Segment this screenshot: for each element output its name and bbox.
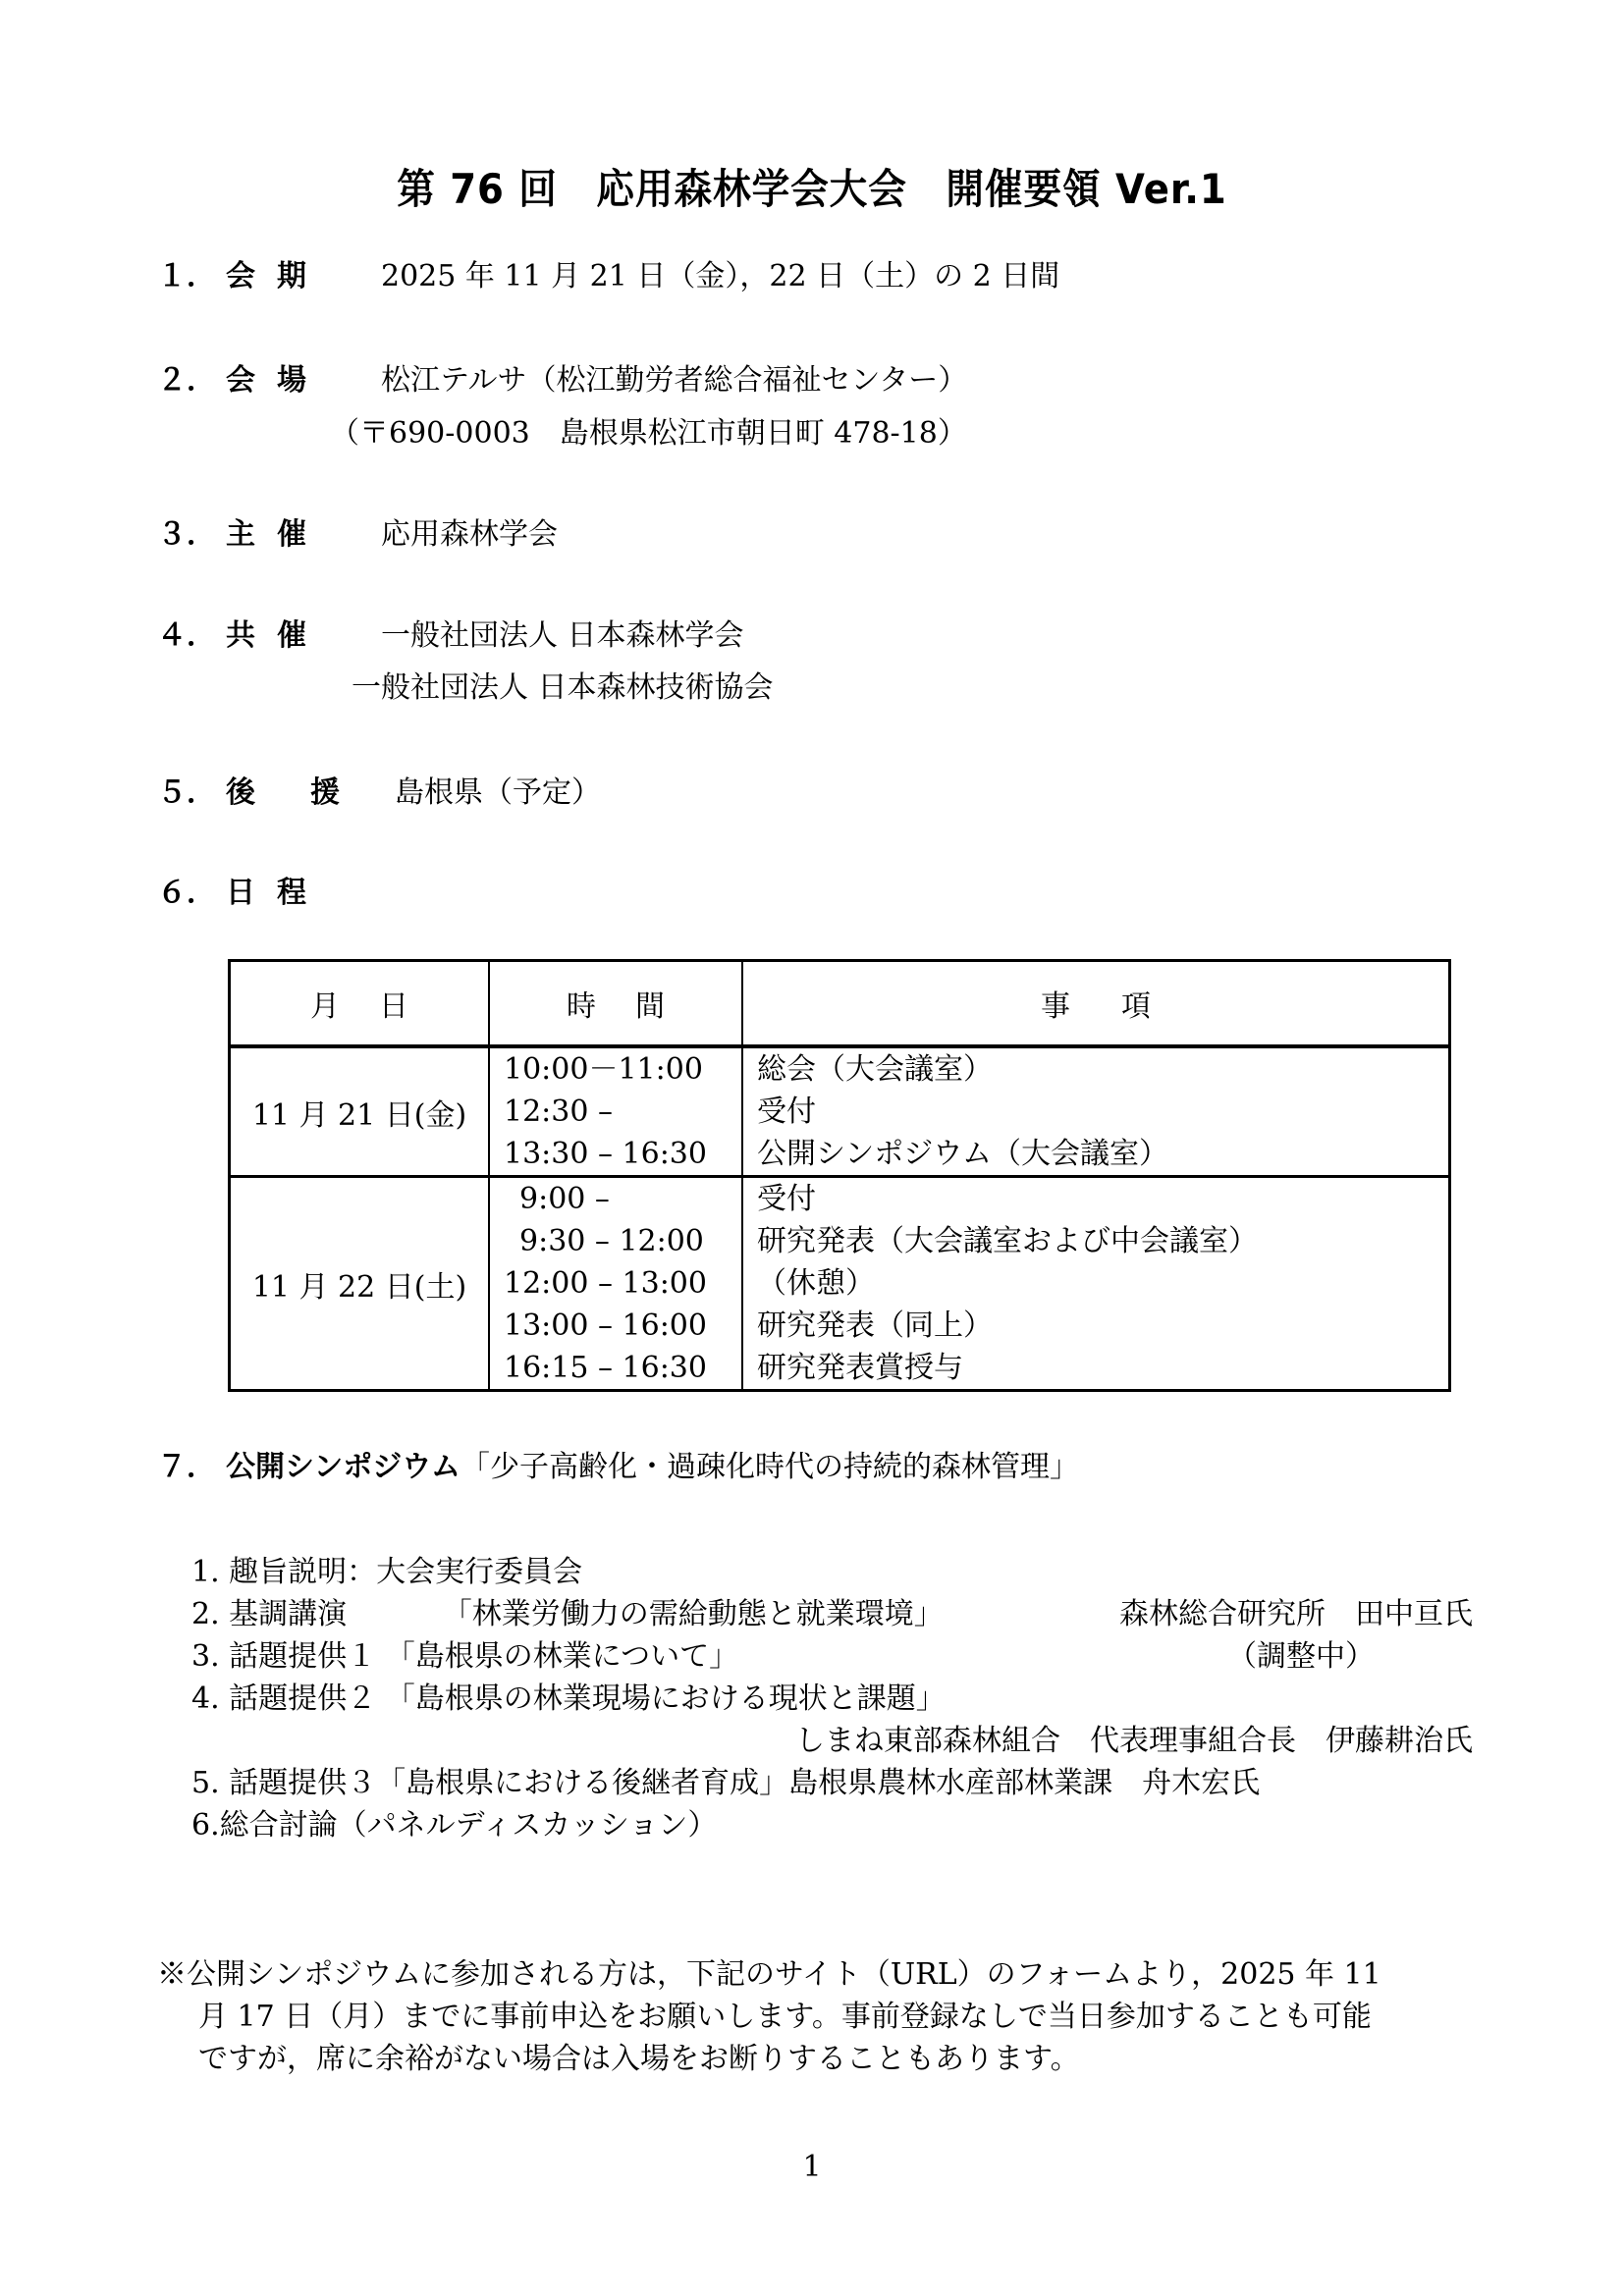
section-number: ２． <box>157 361 226 400</box>
note-line: ※公開シンポジウムに参加される方は，下記のサイト（URL）のフォームより，202… <box>157 1953 1488 1996</box>
item-number: 1. <box>191 1551 220 1593</box>
section-organizer: ３．主催応用森林学会 <box>157 515 558 555</box>
program-item: 5. 話題提供３「島根県における後継者育成」島根県農林水産部林業課 舟木宏氏 <box>191 1762 1473 1804</box>
program-item: 2. 基調講演 「林業労働力の需給動態と就業環境」 森林総合研究所 田中亘氏 <box>191 1593 1473 1635</box>
registration-note: ※公開シンポジウムに参加される方は，下記のサイト（URL）のフォームより，202… <box>157 1953 1488 2080</box>
item-number: 4. <box>191 1678 220 1720</box>
page-number: 1 <box>0 2150 1624 2184</box>
section-label: 会期 <box>226 257 352 296</box>
time-cell: 10:00－11:00 12:30 – 13:30 – 16:30 <box>489 1046 742 1177</box>
header-time: 時間 <box>489 961 742 1047</box>
program-item: 3. 話題提供１ 「島根県の林業について」 （調整中） <box>191 1635 1473 1678</box>
schedule-item: 研究発表（大会議室および中会議室） <box>743 1220 1448 1262</box>
organizer-name: 応用森林学会 <box>381 515 558 555</box>
section-public-symposium: ７．公開シンポジウム「少子高齢化・過疎化時代の持続的森林管理」 <box>157 1448 1079 1487</box>
item-text: 趣旨説明：大会実行委員会 <box>229 1551 582 1593</box>
section-label: 主催 <box>226 515 352 555</box>
section-label: 会場 <box>226 361 352 400</box>
item-speaker: 島根県農林水産部林業課 舟木宏氏 <box>788 1762 1260 1804</box>
item-cell: 総会（大会議室） 受付 公開シンポジウム（大会議室） <box>742 1046 1450 1177</box>
schedule-item: 研究発表賞授与 <box>743 1347 1448 1389</box>
program-item: 1. 趣旨説明：大会実行委員会 <box>191 1551 1473 1593</box>
schedule-item: 総会（大会議室） <box>743 1048 1448 1091</box>
schedule-item: 受付 <box>743 1091 1448 1133</box>
time-slot: 16:15 – 16:30 <box>490 1347 741 1389</box>
section-schedule: ６．日程 <box>157 874 352 913</box>
table-header-row: 月日 時間 事項 <box>230 961 1450 1047</box>
venue-address: （〒690-0003 島根県松江市朝日町 478-18） <box>330 414 967 454</box>
item-kind: 話題提供１ <box>229 1635 376 1678</box>
symposium-program: 1. 趣旨説明：大会実行委員会 2. 基調講演 「林業労働力の需給動態と就業環境… <box>191 1551 1473 1846</box>
section-number: １． <box>157 257 226 296</box>
section-number: ５． <box>157 774 226 813</box>
schedule-item: 研究発表（同上） <box>743 1305 1448 1347</box>
item-number: 2. <box>191 1593 220 1635</box>
section-label: 日程 <box>226 874 352 913</box>
schedule-item: （休憩） <box>743 1262 1448 1305</box>
section-number: ７． <box>157 1448 226 1487</box>
header-item: 事項 <box>742 961 1450 1047</box>
time-slot: 13:00 – 16:00 <box>490 1305 741 1347</box>
note-line: ですが，席に余裕がない場合は入場をお断りすることもあります。 <box>157 2038 1488 2080</box>
header-date-label: 月日 <box>271 989 448 1024</box>
table-row: 11 月 22 日(土) 9:00 – 9:30 – 12:00 12:00 –… <box>230 1177 1450 1391</box>
item-title: 「林業労働力の需給動態と就業環境」 <box>443 1593 944 1635</box>
time-slot: 12:30 – <box>490 1091 741 1133</box>
item-kind: 基調講演 <box>229 1593 415 1635</box>
item-speaker: （調整中） <box>1227 1635 1375 1678</box>
program-item: 4. 話題提供２ 「島根県の林業現場における現状と課題」 <box>191 1678 1473 1720</box>
co-organizer-1: 一般社団法人 日本森林学会 <box>381 616 744 656</box>
section-co-organizers: ４．共催一般社団法人 日本森林学会 <box>157 616 744 656</box>
section-session-period: １．会期2025 年 11 月 21 日（金），22 日（土）の 2 日間 <box>157 257 1059 296</box>
page-title: 第 76 回 応用森林学会大会 開催要領 Ver.1 <box>65 157 1559 216</box>
co-organizer-2: 一般社団法人 日本森林技術協会 <box>352 668 774 708</box>
day-date: 11 月 22 日(土) <box>230 1177 490 1391</box>
section-label: 共催 <box>226 616 352 656</box>
symposium-theme: 「少子高齢化・過疎化時代の持続的森林管理」 <box>460 1448 1079 1487</box>
schedule-table: 月日 時間 事項 11 月 21 日(金) 10:00－11:00 12:30 … <box>228 959 1451 1392</box>
item-kind: 話題提供３ <box>229 1762 376 1804</box>
section-label: 公開シンポジウム <box>226 1448 460 1487</box>
item-title: 「島根県における後継者育成」 <box>376 1762 788 1804</box>
time-slot: 13:30 – 16:30 <box>490 1133 741 1175</box>
program-item-speaker-line: しまね東部森林組合 代表理事組合長 伊藤耕治氏 <box>191 1720 1473 1762</box>
item-speaker: しまね東部森林組合 代表理事組合長 伊藤耕治氏 <box>795 1720 1473 1762</box>
time-slot: 10:00－11:00 <box>490 1048 741 1091</box>
section-number: ４． <box>157 616 226 656</box>
item-title: 「島根県の林業現場における現状と課題」 <box>386 1678 946 1720</box>
time-slot: 12:00 – 13:00 <box>490 1262 741 1305</box>
item-number: 5. <box>191 1762 220 1804</box>
session-dates: 2025 年 11 月 21 日（金），22 日（土）の 2 日間 <box>381 257 1059 296</box>
section-venue: ２．会場松江テルサ（松江勤労者総合福祉センター） <box>157 361 967 400</box>
sponsor-name: 島根県（予定） <box>395 774 601 813</box>
item-number: 6. <box>191 1804 220 1846</box>
day-date: 11 月 21 日(金) <box>230 1046 490 1177</box>
section-sponsorship: ５．後援島根県（予定） <box>157 774 601 813</box>
note-line: 月 17 日（月）までに事前申込をお願いします。事前登録なしで当日参加することも… <box>157 1996 1488 2038</box>
item-text: 総合討論（パネルディスカッション） <box>220 1804 718 1846</box>
schedule-item: 公開シンポジウム（大会議室） <box>743 1133 1448 1175</box>
section-number: ３． <box>157 515 226 555</box>
section-number: ６． <box>157 874 226 913</box>
time-cell: 9:00 – 9:30 – 12:00 12:00 – 13:00 13:00 … <box>489 1177 742 1391</box>
time-slot: 9:30 – 12:00 <box>490 1220 741 1262</box>
time-slot: 9:00 – <box>490 1178 741 1220</box>
section-label: 後援 <box>226 774 373 813</box>
item-number: 3. <box>191 1635 220 1678</box>
item-cell: 受付 研究発表（大会議室および中会議室） （休憩） 研究発表（同上） 研究発表賞… <box>742 1177 1450 1391</box>
table-row: 11 月 21 日(金) 10:00－11:00 12:30 – 13:30 –… <box>230 1046 1450 1177</box>
header-date: 月日 <box>230 961 490 1047</box>
venue-name: 松江テルサ（松江勤労者総合福祉センター） <box>381 361 967 400</box>
item-kind: 話題提供２ <box>229 1678 376 1720</box>
item-title: 「島根県の林業について」 <box>386 1635 738 1678</box>
item-speaker: 森林総合研究所 田中亘氏 <box>1119 1593 1473 1635</box>
schedule-item: 受付 <box>743 1178 1448 1220</box>
header-time-label: 時間 <box>527 989 704 1024</box>
header-item-label: 事項 <box>990 989 1202 1024</box>
program-item: 6.総合討論（パネルディスカッション） <box>191 1804 1473 1846</box>
